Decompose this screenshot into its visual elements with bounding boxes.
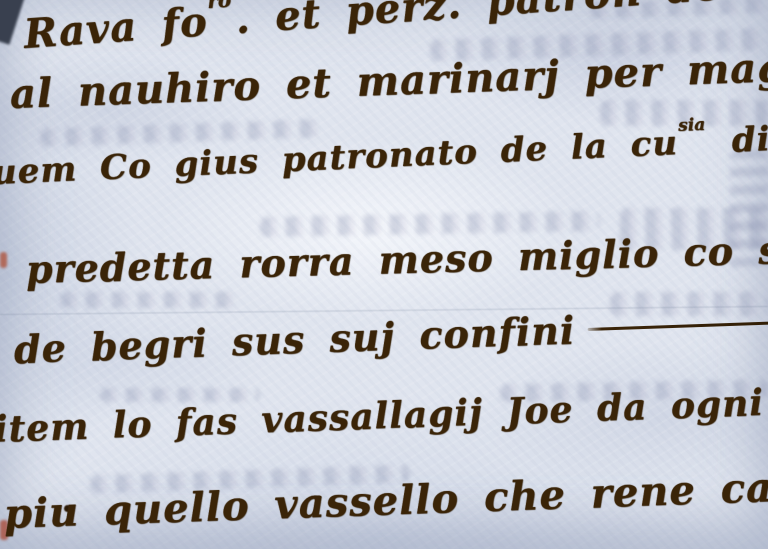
line-text: de begri sus suj confini — [13, 307, 576, 372]
dark-corner-shadow — [0, 0, 25, 45]
manuscript-photo: Rava foro. et perz. patron de le al nauh… — [0, 0, 768, 549]
line-text: Rava fo — [22, 0, 209, 58]
red-ink-margin-mark — [0, 252, 7, 268]
superscript-abbreviation: ro — [206, 0, 232, 13]
ink-rule — [587, 318, 768, 330]
line-text: item lo fas vassallagij Joe da ogni vass… — [0, 375, 768, 451]
superscript-abbreviation: sia — [678, 114, 706, 135]
bleed-through-mark — [60, 292, 240, 308]
manuscript-line-4: predetta rorra meso miglio co suj redit — [25, 226, 768, 290]
manuscript-line-3: uem Co gius patronato de la cusia ditta … — [0, 111, 768, 191]
